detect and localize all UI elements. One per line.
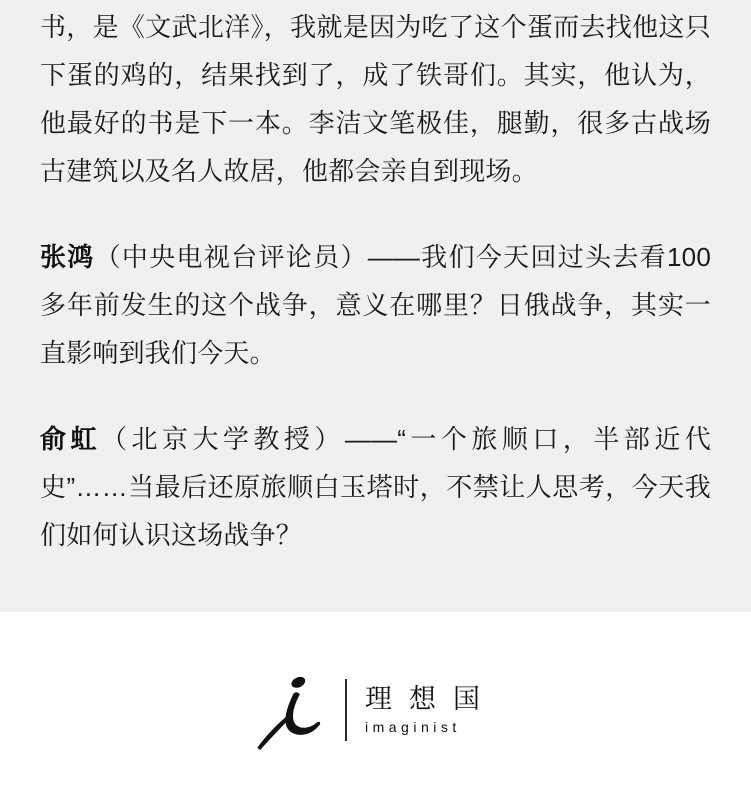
logo-name-cjk: 理想国 xyxy=(365,685,497,713)
paragraph-text: 书，是《文武北洋》，我就是因为吃了这个蛋而去找他这只下蛋的鸡的，结果找到了，成了… xyxy=(40,12,711,186)
paragraph-text: （北京大学教授）——“一个旅顺口，半部近代史”……当最后还原旅顺白玉塔时，不禁让… xyxy=(40,424,711,550)
logo-names: 理想国 imaginist xyxy=(365,685,497,738)
speaker-name: 张鸿 xyxy=(40,242,95,272)
logo-divider xyxy=(345,679,347,741)
paragraph: 俞虹（北京大学教授）——“一个旅顺口，半部近代史”……当最后还原旅顺白玉塔时，不… xyxy=(40,415,711,559)
article-page: 书，是《文武北洋》，我就是因为吃了这个蛋而去找他这只下蛋的鸡的，结果找到了，成了… xyxy=(0,0,751,811)
speaker-name: 俞虹 xyxy=(40,424,101,454)
article-body: 书，是《文武北洋》，我就是因为吃了这个蛋而去找他这只下蛋的鸡的，结果找到了，成了… xyxy=(0,0,751,612)
paragraph: 张鸿（中央电视台评论员）——我们今天回过头去看100多年前发生的这个战争，意义在… xyxy=(40,233,711,377)
paragraph: 书，是《文武北洋》，我就是因为吃了这个蛋而去找他这只下蛋的鸡的，结果找到了，成了… xyxy=(40,3,711,195)
imaginist-logo: 理想国 imaginist xyxy=(254,674,497,750)
imaginist-calligraphic-i-icon xyxy=(254,674,332,750)
logo-name-latin: imaginist xyxy=(365,720,497,734)
paragraph-text: （中央电视台评论员）——我们今天回过头去看100多年前发生的这个战争，意义在哪里… xyxy=(40,242,711,368)
publisher-footer: 理想国 imaginist xyxy=(0,612,751,811)
